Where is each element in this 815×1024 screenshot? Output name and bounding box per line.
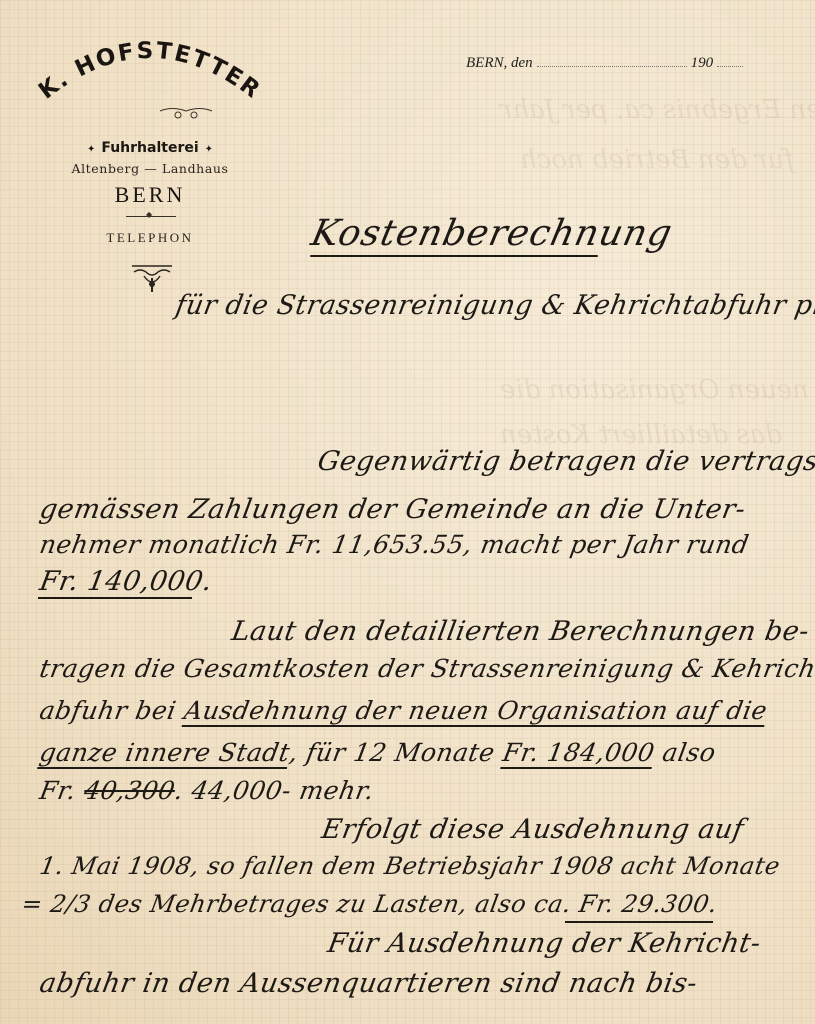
body-line-5: Laut den detaillierten Berechnungen be- <box>229 616 811 647</box>
body-text: , für 12 Monate <box>287 738 497 767</box>
amount-underline <box>38 597 192 599</box>
body-text: = 2/3 des Mehrbetrages zu Lasten, also c… <box>20 890 574 918</box>
body-line-9: Fr. 40,300. 44,000- mehr. <box>37 776 376 805</box>
telephone-label: TELEPHON <box>30 230 270 246</box>
body-text: also <box>652 738 718 767</box>
currency: Fr. <box>37 776 78 805</box>
svg-text:K. HOFSTETTER: K. HOFSTETTER <box>34 38 266 105</box>
ornament-icon: ✦ <box>205 144 213 155</box>
body-line-13: Für Ausdehnung der Kehricht- <box>325 928 763 959</box>
body-line-12: = 2/3 des Mehrbetrages zu Lasten, also c… <box>20 890 720 918</box>
difference-amount: . 44,000- mehr. <box>172 776 376 805</box>
body-line-11: 1. Mai 1908, so fallen dem Betriebsjahr … <box>38 852 783 880</box>
bleed-through-text: gegen Ergebnis ca. per Jahr <box>500 95 815 125</box>
document-subtitle: für die Strassenreinigung & Kehrichtabfu… <box>173 290 815 321</box>
underlined-phrase: ganze innere Stadt <box>37 738 292 767</box>
document-title: Kostenberechnung <box>308 213 677 254</box>
body-line-2: gemässen Zahlungen der Gemeinde an die U… <box>37 494 748 525</box>
bleed-through-text: fur den Betrieb noch <box>520 145 794 175</box>
date-place: BERN, den <box>466 55 533 72</box>
body-line-10: Erfolgt diese Ausdehnung auf <box>319 814 746 845</box>
body-line-3: nehmer monatlich Fr. 11,653.55, macht pe… <box>37 530 751 559</box>
body-line-1: Gegenwärtig betragen die vertrags- <box>315 446 815 477</box>
body-line-4: Fr. 140,000. <box>37 566 215 597</box>
letterhead: K. HOFSTETTER ✦Fuhrhalterei✦ Altenberg —… <box>30 20 270 110</box>
company-name-arc: K. HOFSTETTER <box>30 20 270 110</box>
date-blank <box>537 65 687 67</box>
date-line: BERN, den 190 <box>466 55 747 72</box>
divider-ornament <box>126 216 176 217</box>
company-name: K. HOFSTETTER <box>34 38 266 105</box>
trade-name: Fuhrhalterei <box>101 140 198 156</box>
total-amount: Fr. 184,000 <box>501 738 657 767</box>
flourish-ornament-icon <box>130 264 174 294</box>
share-amount: Fr. 29.300. <box>577 890 720 918</box>
share-amount-underline <box>565 921 713 923</box>
bleed-through-text: der neuen Organisation die <box>500 375 815 405</box>
underlined-phrase: Ausdehnung der neuen Organisation auf di… <box>182 696 770 725</box>
ornament-icon: ✦ <box>87 144 95 155</box>
address: Altenberg — Landhaus <box>30 161 270 176</box>
trade-line: ✦Fuhrhalterei✦ <box>30 140 270 156</box>
body-line-14: abfuhr in den Aussenquartieren sind nach… <box>37 968 700 999</box>
struck-amount: 40,300 <box>82 776 178 805</box>
title-underline <box>310 255 598 257</box>
year-blank <box>717 65 743 67</box>
body-line-6: tragen die Gesamtkosten der Strassenrein… <box>37 654 815 683</box>
scroll-ornament-icon <box>158 106 214 120</box>
year-prefix: 190 <box>691 55 714 72</box>
body-line-7: abfuhr bei Ausdehnung der neuen Organisa… <box>37 696 769 725</box>
city: BERN <box>30 182 270 208</box>
body-line-8: ganze innere Stadt, für 12 Monate Fr. 18… <box>37 738 718 767</box>
body-text: abfuhr bei <box>37 696 178 725</box>
